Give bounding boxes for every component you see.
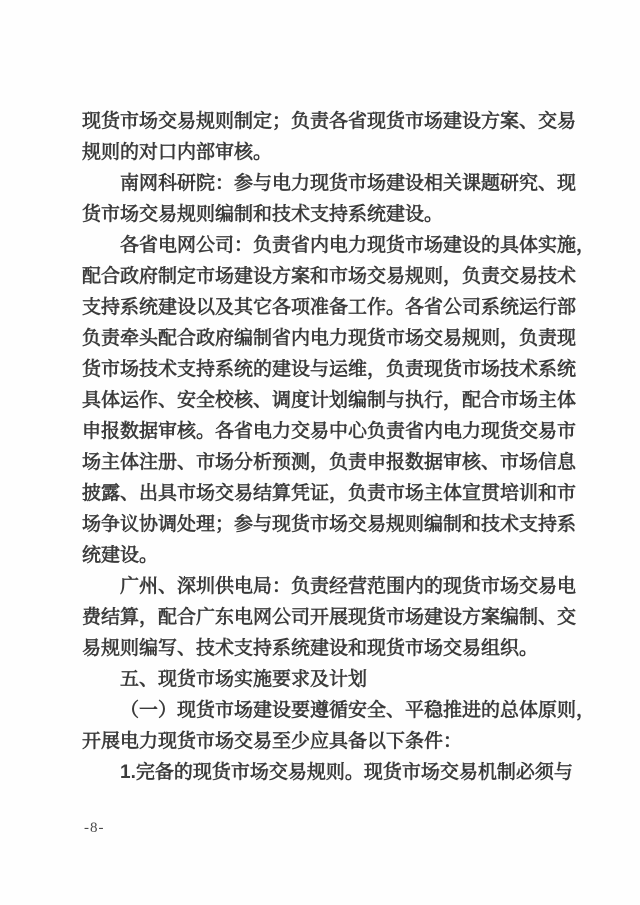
page-footer: -8- xyxy=(84,820,105,837)
text-line: 五、现货市场实施要求及计划 xyxy=(82,664,568,695)
text-line: 货市场技术支持系统的建设与运维，负责现货市场技术系统 xyxy=(82,354,568,385)
text-line: 1.完备的现货市场交易规则。现货市场交易机制必须与 xyxy=(82,757,568,788)
text-line: 披露、出具市场交易结算凭证，负责市场主体宣贯培训和市 xyxy=(82,478,568,509)
text-line: 货市场交易规则编制和技术支持系统建设。 xyxy=(82,199,568,230)
document-page: 现货市场交易规则制定；负责各省现货市场建设方案、交易规则的对口内部审核。南网科研… xyxy=(0,0,640,905)
text-line: 申报数据审核。各省电力交易中心负责省内电力现货交易市 xyxy=(82,416,568,447)
text-line: 广州、深圳供电局：负责经营范围内的现货市场交易电 xyxy=(82,571,568,602)
text-line: 配合政府制定市场建设方案和市场交易规则，负责交易技术 xyxy=(82,261,568,292)
text-line: 场争议协调处理；参与现货市场交易规则编制和技术支持系 xyxy=(82,509,568,540)
text-line: 负责牵头配合政府编制省内电力现货市场交易规则，负责现 xyxy=(82,323,568,354)
text-line: 场主体注册、市场分析预测，负责申报数据审核、市场信息 xyxy=(82,447,568,478)
text-line: 统建设。 xyxy=(82,540,568,571)
document-body: 现货市场交易规则制定；负责各省现货市场建设方案、交易规则的对口内部审核。南网科研… xyxy=(82,106,568,788)
text-line: 费结算，配合广东电网公司开展现货市场建设方案编制、交 xyxy=(82,602,568,633)
text-line: 具体运作、安全校核、调度计划编制与执行，配合市场主体 xyxy=(82,385,568,416)
text-line: 南网科研院：参与电力现货市场建设相关课题研究、现 xyxy=(82,168,568,199)
text-line: （一）现货市场建设要遵循安全、平稳推进的总体原则， xyxy=(82,695,568,726)
text-line: 规则的对口内部审核。 xyxy=(82,137,568,168)
text-line: 易规则编写、技术支持系统建设和现货市场交易组织。 xyxy=(82,633,568,664)
text-line: 现货市场交易规则制定；负责各省现货市场建设方案、交易 xyxy=(82,106,568,137)
text-line: 开展电力现货市场交易至少应具备以下条件： xyxy=(82,726,568,757)
text-line: 支持系统建设以及其它各项准备工作。各省公司系统运行部 xyxy=(82,292,568,323)
text-line: 各省电网公司：负责省内电力现货市场建设的具体实施， xyxy=(82,230,568,261)
page-number: -8- xyxy=(84,820,105,836)
